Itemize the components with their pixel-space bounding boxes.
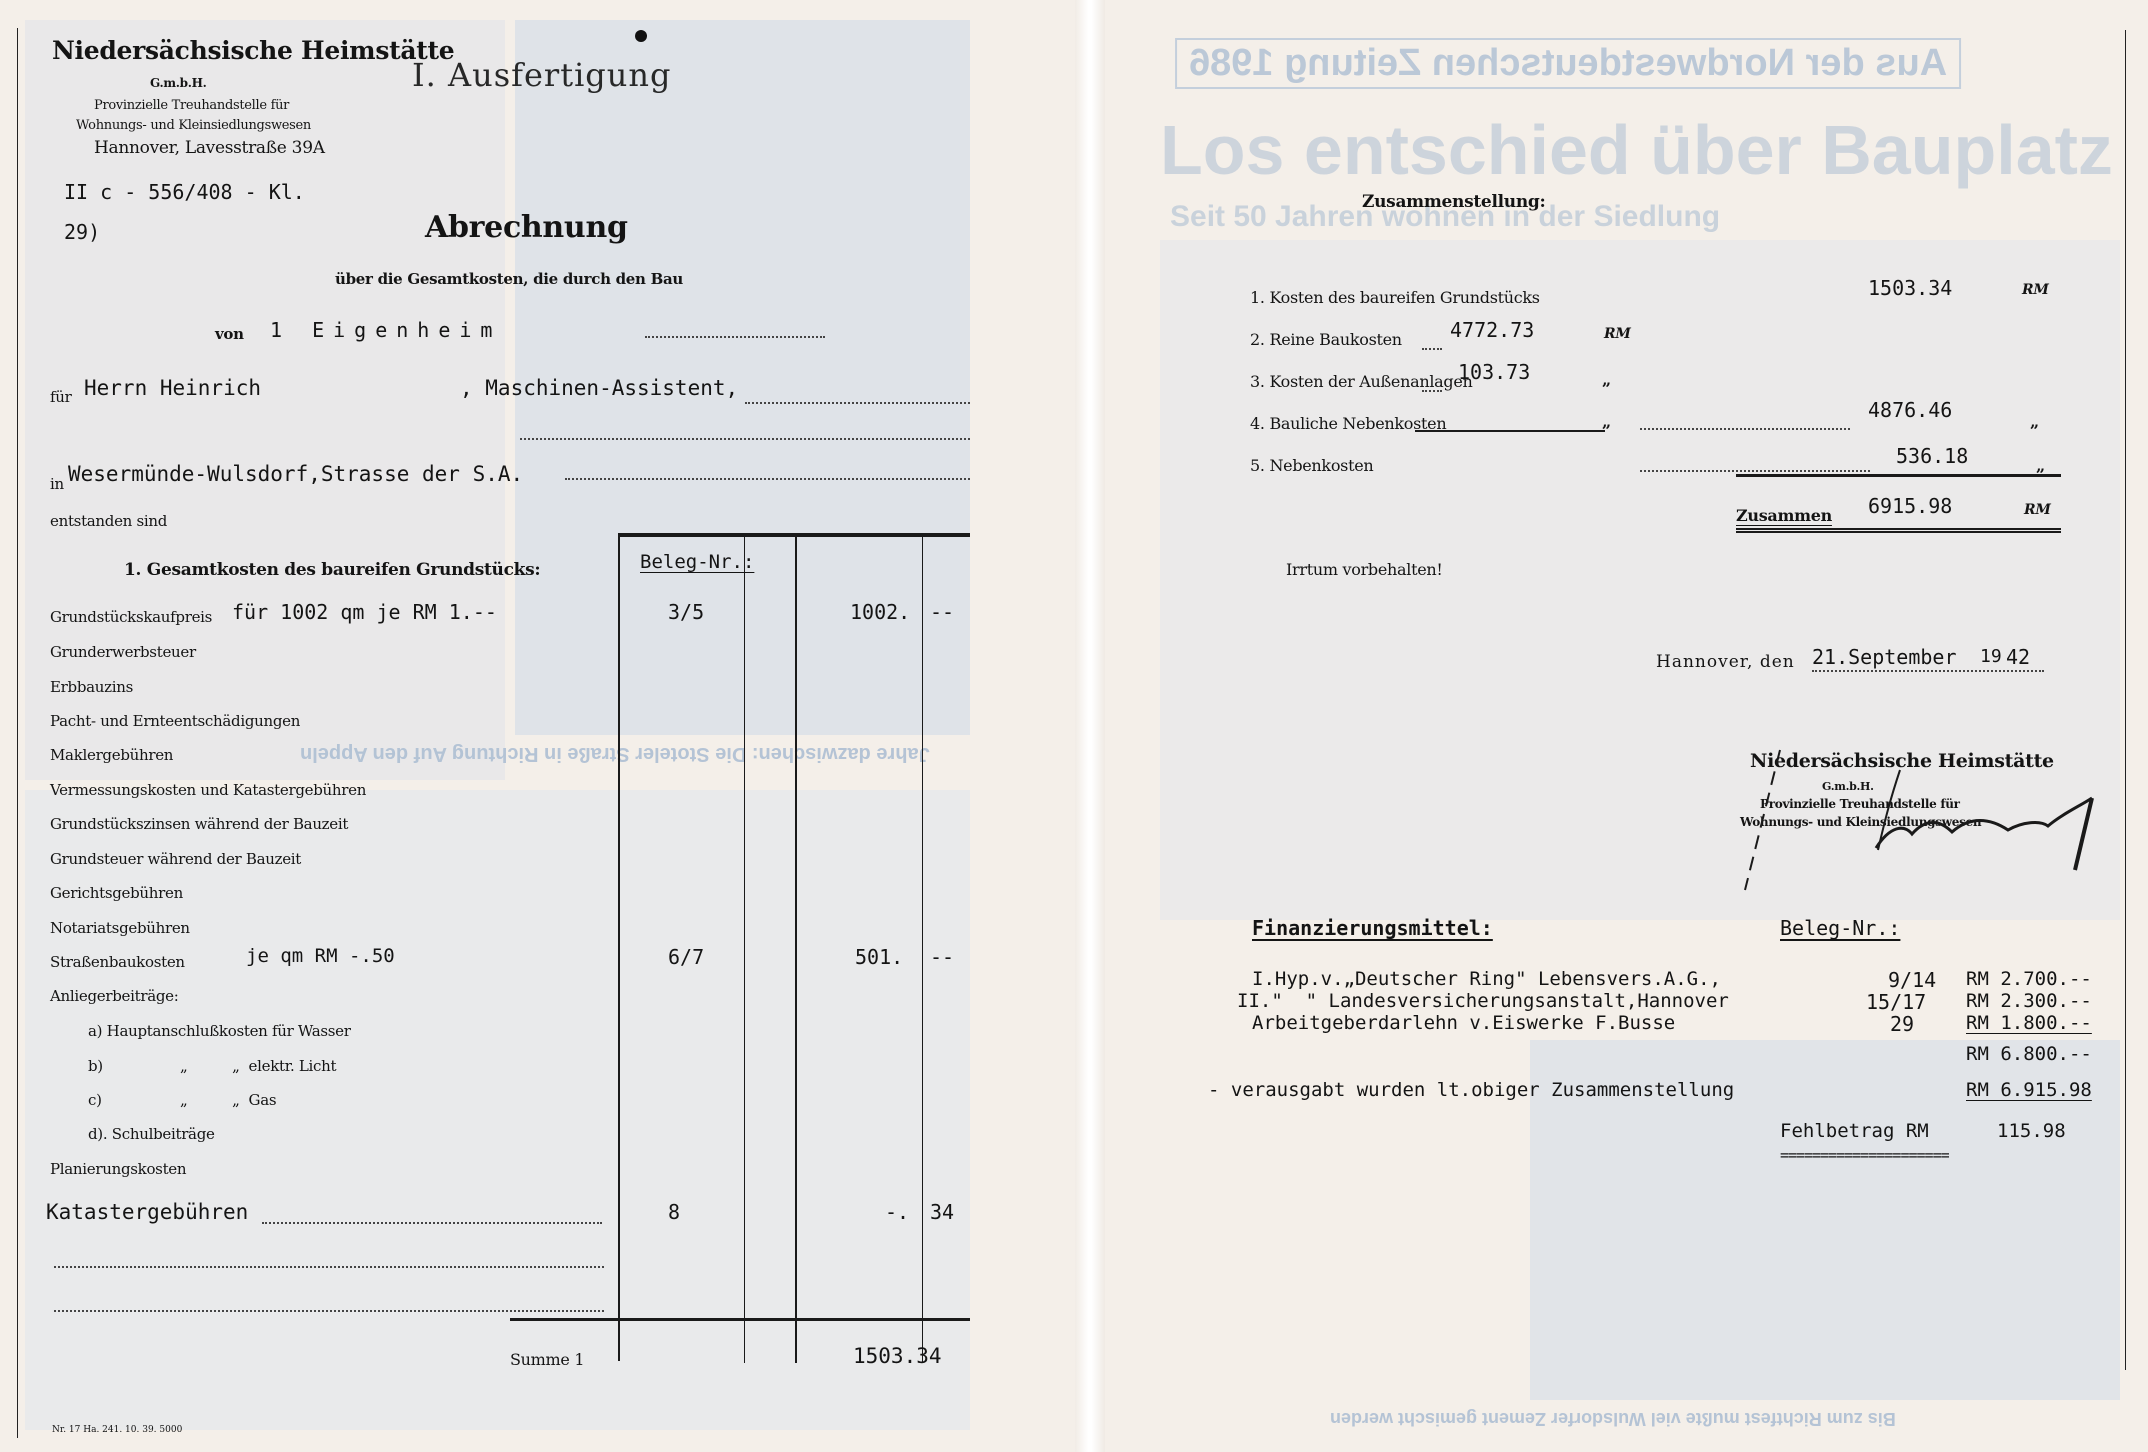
financing-heading: Finanzierungsmittel:	[1252, 916, 1493, 940]
row-label: Pacht- und Ernteentschädigungen	[50, 712, 300, 730]
financing-row-amount: RM 1.800.--	[1966, 1012, 2092, 1034]
org-sub2: Wohnungs- und Kleinsiedlungswesen	[76, 118, 311, 133]
summary-item-inner: 4772.73	[1450, 318, 1534, 342]
total-value: 6915.98	[1868, 494, 1952, 518]
fuer-value: Herrn Heinrich	[84, 376, 261, 400]
table-col-3	[795, 537, 797, 1363]
financing-row-text: Arbeitgeberdarlehn v.Eiswerke F.Busse	[1252, 1012, 1675, 1034]
sum-label: Summe 1	[510, 1350, 584, 1369]
summary-fill	[1640, 470, 1870, 472]
summary-fill	[1640, 428, 1850, 430]
summary-item-outer: 536.18	[1896, 444, 1968, 468]
summary-item-label: 1. Kosten des baureifen Grundstücks	[1250, 288, 1540, 307]
von-fill-line	[645, 336, 825, 338]
financing-subtotal: RM 6.800.--	[1966, 1043, 2092, 1065]
financing-row-beleg: 9/14	[1888, 968, 1936, 992]
deficit-label: Fehlbetrag RM	[1780, 1120, 1929, 1142]
disclaimer: Irrtum vorbehalten!	[1286, 560, 1443, 579]
summary-item-inner: „	[1602, 412, 1611, 431]
spent-label: - verausgabt wurden lt.obiger Zusammenst…	[1208, 1079, 1734, 1101]
reference-number: II c - 556/408 - Kl.	[64, 180, 305, 204]
financing-row-text: II." " Landesversicherungsanstalt,Hannov…	[1237, 990, 1729, 1012]
in-label: in	[50, 475, 64, 493]
beleg-header: Beleg-Nr.:	[640, 551, 754, 573]
year-suffix: 42	[2006, 645, 2030, 669]
summary-item-unit: „	[2036, 456, 2045, 475]
bg-photo-left-top	[25, 20, 505, 780]
financing-beleg-header: Beleg-Nr.:	[1780, 916, 1900, 940]
org-legal: G.m.b.H.	[150, 76, 207, 90]
row-label: Grundsteuer während der Bauzeit	[50, 850, 301, 868]
summary-fill	[1422, 348, 1442, 350]
row-label: Vermessungskosten und Katastergebühren	[50, 781, 366, 799]
financing-row-text: I.Hyp.v.„Deutscher Ring" Lebensvers.A.G.…	[1252, 968, 1721, 990]
row-label: Grundstückskaufpreis	[50, 608, 212, 626]
summary-item-label: 2. Reine Baukosten	[1250, 330, 1402, 349]
blank-fill-line-3	[54, 1310, 604, 1312]
row-detail: „ „ elektr. Licht	[180, 1057, 336, 1075]
section-heading: 1. Gesamtkosten des baureifen Grundstück…	[124, 560, 540, 580]
in-value: Wesermünde-Wulsdorf,Strasse der S.A.	[68, 462, 523, 486]
row-cents: --	[930, 600, 954, 624]
row-label: Notariatsgebühren	[50, 919, 190, 937]
summary-subtotal-rule	[1415, 430, 1605, 432]
row-amount: 501.	[855, 945, 903, 969]
summary-item-outer: 1503.34	[1868, 276, 1952, 300]
table-sum-rule	[510, 1318, 970, 1321]
summary-item-unit: RM	[2022, 282, 2049, 298]
year-prefix: 19	[1980, 646, 2002, 667]
row-beleg: 3/5	[668, 600, 704, 624]
bg-headline-ghost: Los entschied über Bauplatz	[1160, 110, 2113, 190]
row-detail: je qm RM -.50	[246, 945, 395, 967]
entstanden-label: entstanden sind	[50, 512, 167, 530]
summary-item-unit: RM	[1604, 326, 1631, 342]
typed-row-beleg: 8	[668, 1200, 680, 1224]
signature	[1690, 740, 2110, 920]
row-label: Planierungskosten	[50, 1160, 186, 1178]
row-label: d). Schulbeiträge	[88, 1125, 215, 1143]
document-title: Abrechnung	[425, 210, 628, 245]
book-gutter	[1075, 0, 1105, 1452]
row-label: Gerichtsgebühren	[50, 884, 183, 902]
financing-row-amount: RM 2.700.--	[1966, 968, 2092, 990]
summary-item-outer: 4876.46	[1868, 398, 1952, 422]
table-col-4	[922, 537, 923, 1363]
von-label: von	[215, 325, 244, 343]
bg-caption-left: Jahre dazwischen: Die Stoteler Straße in…	[300, 742, 930, 765]
row-label: c)	[88, 1091, 102, 1109]
row-label: Grundstückszinsen während der Bauzeit	[50, 815, 348, 833]
table-col-1	[618, 533, 620, 1361]
row-cents: --	[930, 945, 954, 969]
place-date-prefix: Hannover, den	[1656, 652, 1795, 672]
summary-item-inner: 103.73	[1458, 360, 1530, 384]
summary-fill	[1422, 390, 1442, 392]
row-label: Grunderwerbsteuer	[50, 643, 196, 661]
summary-item-label: 5. Nebenkosten	[1250, 456, 1373, 475]
bg-newspaper-header: Aus der Nordwestdeutschen Zeitung 1986	[1175, 38, 1961, 89]
left-margin-rule	[17, 28, 18, 1438]
row-label: a) Hauptanschlußkosten für Wasser	[88, 1022, 351, 1040]
ink-blot	[635, 30, 647, 42]
org-sub1: Provinzielle Treuhandstelle für	[94, 98, 289, 113]
bg-caption-right: Bis zum Richtfest mußte viel Wulsdorfer …	[1330, 1408, 1896, 1429]
row-detail: „ „ Gas	[180, 1091, 276, 1109]
org-address: Hannover, Lavesstraße 39A	[94, 138, 325, 158]
blank-fill-line-2	[54, 1266, 604, 1268]
row-label: Straßenbaukosten	[50, 953, 185, 971]
summary-item-unit: „	[2030, 412, 2039, 431]
blank-fill-line-1	[520, 438, 970, 440]
spent-value: RM 6.915.98	[1966, 1079, 2092, 1101]
in-fill-line	[565, 478, 970, 480]
summary-item-label: 3. Kosten der Außenanlagen	[1250, 372, 1473, 391]
fuer-fill-line	[745, 402, 970, 404]
summary-heading: Zusammenstellung:	[1362, 192, 1545, 212]
item-number: 29)	[64, 220, 100, 244]
form-number: Nr. 17 Ha. 241. 10. 39. 5000	[52, 1425, 182, 1435]
row-label: Anliegerbeiträge:	[50, 987, 178, 1005]
total-unit: RM	[2024, 502, 2051, 518]
row-detail: für 1002 qm je RM 1.--	[232, 600, 497, 624]
row-beleg: 6/7	[668, 945, 704, 969]
total-double-rule	[1736, 528, 2061, 533]
row-label: Erbbauzins	[50, 678, 133, 696]
financing-row-beleg: 15/17	[1866, 990, 1926, 1014]
summary-item-unit: „	[1602, 370, 1611, 389]
document-subtitle: über die Gesamtkosten, die durch den Bau	[335, 270, 683, 288]
typed-row-fill	[262, 1222, 602, 1224]
copy-stamp: I. Ausfertigung	[412, 56, 671, 94]
row-label: Maklergebühren	[50, 746, 173, 764]
von-value: 1 Eigenheim	[270, 318, 501, 342]
typed-row-amount: -.	[885, 1200, 909, 1224]
typed-row-cents: 34	[930, 1200, 954, 1224]
fuer-label: für	[50, 388, 71, 406]
deficit-value: 115.98	[1997, 1120, 2066, 1142]
occupation-value: , Maschinen-Assistent,	[460, 376, 738, 400]
financing-row-beleg: 29	[1890, 1012, 1914, 1036]
date-value: 21.September	[1812, 645, 1957, 669]
row-amount: 1002.	[850, 600, 910, 624]
table-top-rule	[618, 533, 970, 537]
row-label: b)	[88, 1057, 103, 1075]
total-label: Zusammen	[1736, 506, 1832, 525]
summary-total-rule-top	[1736, 474, 2061, 477]
deficit-double-rule: =====================	[1780, 1146, 1949, 1164]
date-fill-line	[1812, 670, 2044, 672]
org-name: Niedersächsische Heimstätte	[52, 36, 454, 65]
sum-value: 1503.34	[853, 1344, 942, 1368]
table-col-2	[744, 537, 745, 1363]
right-margin-rule	[2125, 30, 2126, 1370]
typed-row-label: Katastergebühren	[46, 1200, 248, 1224]
financing-row-amount: RM 2.300.--	[1966, 990, 2092, 1012]
